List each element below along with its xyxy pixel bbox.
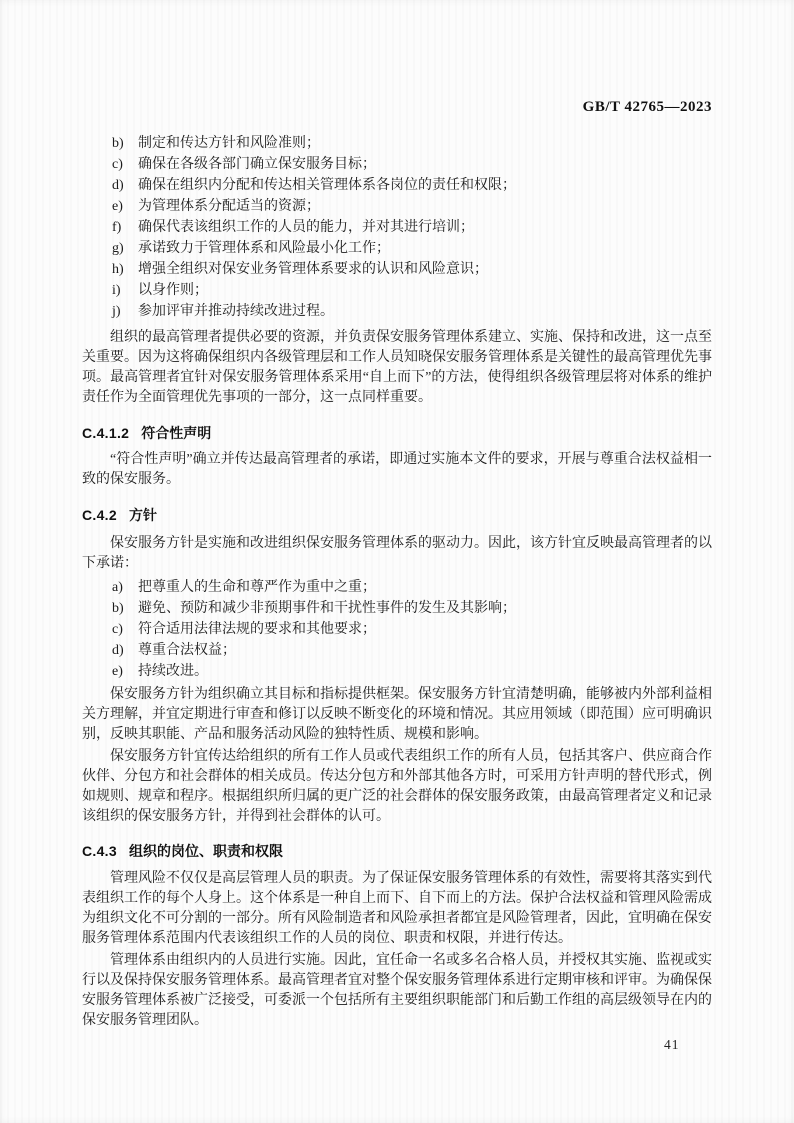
list-item: b) 制定和传达方针和风险准则； (82, 133, 712, 154)
paragraph-roles-implementation: 管理体系由组织内的人员进行实施。因此，宜任命一名或多名合格人员，并授权其实施、监… (82, 951, 712, 1031)
list-item: i) 以身作则； (82, 280, 712, 301)
list-item-marker: b) (112, 133, 138, 154)
list-item-marker: d) (112, 175, 138, 196)
list-item-marker: h) (112, 259, 138, 280)
list-item-marker: i) (112, 280, 138, 301)
standard-code: GB/T 42765—2023 (583, 99, 712, 115)
paragraph-policy-communication: 保安服务方针宜传达给组织的所有工作人员或代表组织工作的所有人员，包括其客户、供应… (82, 747, 712, 827)
list-item: a) 把尊重人的生命和尊严作为重中之重； (82, 577, 712, 598)
list-item: c) 符合适用法律法规的要求和其他要求； (82, 619, 712, 640)
list-item-marker: e) (112, 196, 138, 217)
list-item-marker: f) (112, 217, 138, 238)
list-item-text: 承诺致力于管理体系和风险最小化工作； (138, 238, 712, 259)
section-heading-c412: C.4.1.2符合性声明 (82, 423, 712, 443)
list-item: d) 尊重合法权益； (82, 640, 712, 661)
heading-title: 符合性声明 (141, 425, 211, 441)
list-item: b) 避免、预防和减少非预期事件和干扰性事件的发生及其影响； (82, 598, 712, 619)
management-commitment-list: b) 制定和传达方针和风险准则； c) 确保在各级各部门确立保安服务目标； d)… (82, 133, 712, 322)
paragraph-top-management-resources: 组织的最高管理者提供必要的资源，并负责保安服务管理体系建立、实施、保持和改进，这… (82, 328, 712, 408)
paragraph-conformance-statement: “符合性声明”确立并传达最高管理者的承诺，即通过实施本文件的要求，开展与尊重合法… (82, 450, 712, 490)
paragraph-roles-risk: 管理风险不仅仅是高层管理人员的职责。为了保证保安服务管理体系的有效性，需要将其落… (82, 869, 712, 949)
list-item-marker: j) (112, 301, 138, 322)
list-item: d) 确保在组织内分配和传达相关管理体系各岗位的责任和权限； (82, 175, 712, 196)
paragraph-policy-framework: 保安服务方针为组织确立其目标和指标提供框架。保安服务方针宜清楚明确，能够被内外部… (82, 685, 712, 745)
heading-number: C.4.1.2 (82, 425, 129, 441)
list-item-text: 确保代表该组织工作的人员的能力，并对其进行培训； (138, 217, 712, 238)
list-item-text: 确保在各级各部门确立保安服务目标； (138, 154, 712, 175)
paragraph-policy-intro: 保安服务方针是实施和改进组织保安服务管理体系的驱动力。因此，该方针宜反映最高管理… (82, 534, 712, 574)
list-item: e) 持续改进。 (82, 661, 712, 682)
policy-commitment-list: a) 把尊重人的生命和尊严作为重中之重； b) 避免、预防和减少非预期事件和干扰… (82, 577, 712, 682)
list-item: c) 确保在各级各部门确立保安服务目标； (82, 154, 712, 175)
list-item-text: 为管理体系分配适当的资源； (138, 196, 712, 217)
list-item-marker: e) (112, 661, 138, 682)
list-item: e) 为管理体系分配适当的资源； (82, 196, 712, 217)
list-item-marker: b) (112, 598, 138, 619)
heading-number: C.4.2 (82, 507, 117, 523)
list-item: g) 承诺致力于管理体系和风险最小化工作； (82, 238, 712, 259)
list-item-text: 符合适用法律法规的要求和其他要求； (138, 619, 712, 640)
list-item-marker: d) (112, 640, 138, 661)
list-item: f) 确保代表该组织工作的人员的能力，并对其进行培训； (82, 217, 712, 238)
document-page: GB/T 42765—2023 b) 制定和传达方针和风险准则； c) 确保在各… (0, 0, 794, 1123)
page-header: GB/T 42765—2023 (82, 99, 712, 116)
list-item-marker: a) (112, 577, 138, 598)
list-item-marker: c) (112, 154, 138, 175)
list-item-text: 避免、预防和减少非预期事件和干扰性事件的发生及其影响； (138, 598, 712, 619)
page-number: 41 (664, 1037, 680, 1053)
section-heading-c42: C.4.2方针 (82, 505, 712, 525)
list-item-marker: g) (112, 238, 138, 259)
list-item-text: 增强全组织对保安业务管理体系要求的认识和风险意识； (138, 259, 712, 280)
heading-title: 组织的岗位、职责和权限 (129, 843, 283, 859)
list-item: j) 参加评审并推动持续改进过程。 (82, 301, 712, 322)
heading-number: C.4.3 (82, 843, 117, 859)
list-item-text: 制定和传达方针和风险准则； (138, 133, 712, 154)
list-item-marker: c) (112, 619, 138, 640)
heading-title: 方针 (129, 507, 157, 523)
list-item: h) 增强全组织对保安业务管理体系要求的认识和风险意识； (82, 259, 712, 280)
list-item-text: 尊重合法权益； (138, 640, 712, 661)
list-item-text: 持续改进。 (138, 661, 712, 682)
list-item-text: 以身作则； (138, 280, 712, 301)
list-item-text: 确保在组织内分配和传达相关管理体系各岗位的责任和权限； (138, 175, 712, 196)
section-heading-c43: C.4.3组织的岗位、职责和权限 (82, 841, 712, 861)
list-item-text: 参加评审并推动持续改进过程。 (138, 301, 712, 322)
list-item-text: 把尊重人的生命和尊严作为重中之重； (138, 577, 712, 598)
